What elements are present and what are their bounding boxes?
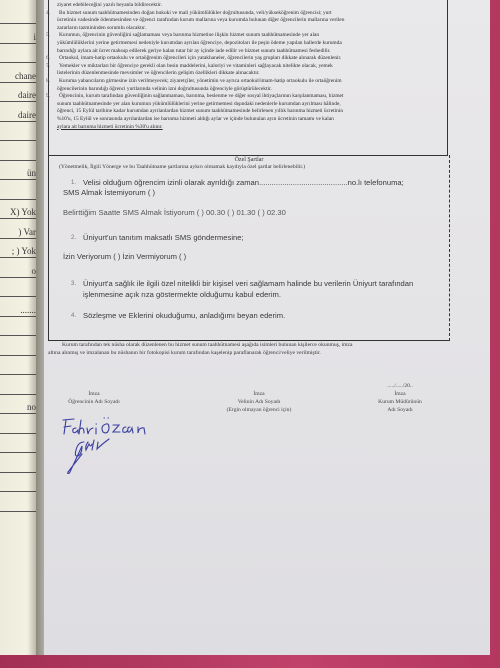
special-conditions-box: Özel Şartlar (Yönetmelik, İlgili Yönerge… (48, 155, 450, 341)
clause-line: ücretinin vadesinde ödenmesinden ve öğre… (57, 17, 344, 24)
clause-line: ziyaret edebileceğini yazılı beyanla bil… (57, 2, 162, 9)
sms-opt-out-checkbox[interactable]: SMS Almak İstemiyorum ( ) (63, 188, 155, 197)
clause-line: Yemekler ve miktarları bir öğrenciye ger… (59, 63, 333, 70)
handwritten-signature (54, 412, 164, 474)
parent-signature-label: İmza (204, 390, 314, 398)
sms-time-options[interactable]: Belirttiğim Saatte SMS Almak İstiyorum (… (63, 208, 286, 217)
terms-box: ziyaret edebileceğini yazılı beyanla bil… (48, 0, 448, 156)
parent-signature-block: İmza Velinin Adı Soyadı (Ergin olmayan ö… (204, 390, 314, 414)
clause-number: 4. (46, 10, 50, 16)
promo-sms-consent-options[interactable]: İzin Veriyorum ( ) İzin Vermiyorum ( ) (63, 252, 186, 261)
clause-line: Bu hizmet sunum taahhütnamesinden doğan … (59, 10, 332, 17)
item-2-number: 2. (71, 235, 76, 241)
clause-number: 7. (46, 63, 50, 69)
underlying-form-sheet: ichanedairedaireünX) Yok) Var; ) Yoko...… (0, 0, 38, 655)
student-signature-block: İmza Öğrencinin Adı Soyadı (44, 390, 144, 406)
director-name-label: Adı Soyadı (350, 406, 450, 414)
item-1-number: 1. (71, 180, 76, 186)
clause-line: Öğrencinin, kurum tarafından güvenliğini… (59, 93, 343, 100)
clause-line: sunum taahhütnamesinde yer alan kurumun … (57, 101, 341, 108)
student-name-label: Öğrencinin Adı Soyadı (44, 398, 144, 406)
student-signature-label: İmza (44, 390, 144, 398)
item-4-text: Sözleşme ve Eklerini okuduğumu, anladığı… (83, 311, 285, 320)
clause-number: 5. (46, 32, 50, 38)
clause-line: barındığı aylara ait ücret mahsup ediler… (57, 48, 330, 55)
clause-line: aylara ait barınma hizmeti ücretinin %30… (57, 124, 163, 131)
item-3-number: 3. (71, 281, 76, 287)
director-signature-block: ...../...../20.. İmza Kurum Müdürünün Ad… (350, 382, 450, 414)
special-conditions-subtitle: (Yönetmelik, İlgili Yönerge ve bu Taahhü… (59, 164, 305, 170)
clause-line: listelerinin düzenlenmesinde mevsimler v… (57, 70, 260, 77)
item-1-text: Velisi olduğum öğrencim izinli olarak ay… (83, 178, 404, 187)
clause-line: Ortaokul, imam-hatip ortaokulu ve ortaöğ… (59, 55, 341, 62)
clause-line: Kuruma yabancıların girmesine izin veril… (59, 78, 342, 85)
clause-line: Kurumun, öğrencinin güvenliğini sağlamam… (59, 32, 319, 39)
footnote-line-1: Kurum tarafından tek nüsha olarak düzenl… (62, 342, 352, 348)
clause-number: 6. (46, 55, 50, 61)
clause-line: zararların tazmininden sorumlu olacaktır… (57, 25, 146, 32)
clause-line: %10'u, 15 Eylül ve sonrasında ayrılanlar… (57, 116, 334, 123)
item-4-number: 4. (71, 313, 76, 319)
clause-number: 9. (46, 93, 50, 99)
director-signature-label: İmza (350, 390, 450, 398)
clause-line: öğrencilerinin barındığı öğrenci yurtlar… (57, 86, 272, 93)
special-conditions-title: Özel Şartlar (49, 157, 449, 163)
clause-number: 8. (46, 78, 50, 84)
form-page: ziyaret edebileceğini yazılı beyanla bil… (44, 0, 490, 655)
item-2-text: Üniyurt'un tanıtım maksatlı SMS gönderme… (83, 233, 244, 242)
director-title-label: Kurum Müdürünün (350, 398, 450, 406)
parent-note: (Ergin olmayan öğrenci için) (204, 406, 314, 414)
item-3-line-1: Üniyurt'a sağlık ile ilgili özel nitelik… (83, 279, 413, 288)
footnote-line-2: altına alınmış ve imzalanan bu nüshanın … (48, 350, 321, 356)
clause-line: yükümlülüklerini yerine getirmemesi nede… (57, 40, 342, 47)
parent-name-label: Velinin Adı Soyadı (204, 398, 314, 406)
item-3-line-2: işlenmesine açık rıza göstermekte olduğu… (83, 290, 281, 299)
date-field[interactable]: ...../...../20.. (350, 382, 450, 390)
clause-line: öğrenci, 15 Eylül tarihine kadar kurumda… (57, 108, 343, 115)
